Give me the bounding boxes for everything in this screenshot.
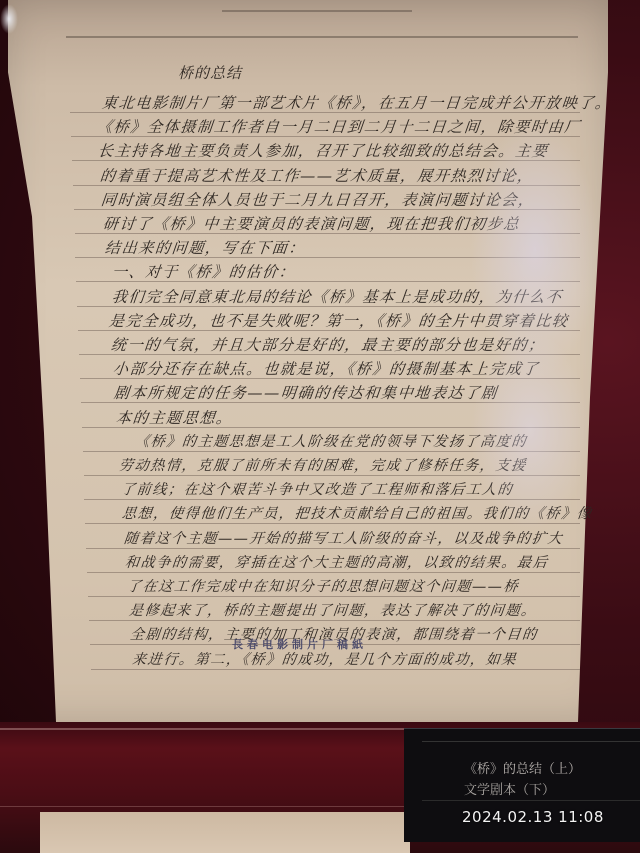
handwritten-line: 的着重于提高艺术性及工作——艺术质量，展开热烈讨论， [99, 165, 535, 186]
handwritten-line: 随着这个主题——开始的描写工人阶级的奋斗，以及战争的扩大 [123, 528, 564, 548]
ruled-line [89, 620, 580, 621]
handwritten-line: 一、对于《桥》的估价： [111, 261, 297, 282]
handwritten-line: 本的主题思想。 [115, 407, 234, 428]
photo-timestamp: 2024.02.13 11:08 [462, 808, 604, 826]
shelf-edge [0, 806, 410, 807]
light-reflection [0, 4, 18, 34]
handwritten-line: 東北电影制片厂第一部艺术片《桥》，在五月一日完成并公开放映了。 [101, 92, 613, 113]
printed-stationery-footer: 長春电影制片厂稿紙 [232, 636, 367, 652]
handwritten-line: 了前线；在这个艰苦斗争中又改造了工程师和落后工人的 [120, 479, 514, 499]
handwritten-line: 小部分还存在缺点。也就是说，《桥》的摄制基本上完成了 [111, 358, 539, 379]
ruled-line [84, 475, 581, 476]
exhibit-label-line2: 文学剧本（下） [464, 779, 555, 798]
ruled-line [84, 499, 580, 500]
handwritten-line: 结出来的问题，写在下面： [103, 237, 305, 258]
handwritten-line: 了在这工作完成中在知识分子的思想问题这个问题——桥 [126, 576, 520, 596]
handwritten-line: 是修起来了，桥的主题提出了问题，表达了解决了的问题。 [128, 600, 538, 620]
header-rule [66, 36, 578, 38]
handwritten-line: 是完全成功，也不是失败呢？第一，《桥》的全片中贯穿着比较 [108, 310, 570, 331]
manuscript-title: 桥的总结 [178, 62, 242, 83]
ruled-line [85, 523, 580, 524]
handwritten-line: 长主持各地主要负责人参加，召开了比较细致的总结会。主要 [97, 140, 550, 161]
handwritten-line: 研讨了《桥》中主要演员的表演问题，现在把我们初步总 [102, 213, 521, 234]
lower-document [40, 812, 410, 853]
handwritten-line: 我们完全同意東北局的结论《桥》基本上是成功的，为什么不 [111, 286, 564, 307]
handwritten-line: 统一的气氛，并且大部分是好的，最主要的部分也是好的； [110, 334, 546, 355]
ruled-line [88, 596, 580, 597]
handwritten-line: 思想，使得他们生产员，把技术贡献给自己的祖国。我们的《桥》像 [121, 503, 594, 523]
shelf-edge [0, 728, 410, 730]
handwritten-line: 劳动热情，克服了前所未有的困难，完成了修桥任务，支援 [118, 455, 528, 475]
exhibit-label-line1: 《桥》的总结（上） [464, 758, 581, 777]
handwritten-line: 《桥》全体摄制工作者自一月二日到二月十二日之间，除要时由厂 [95, 116, 581, 137]
handwritten-line: 同时演员组全体人员也于二月九日召开，表演问题讨论会， [100, 189, 536, 210]
handwritten-line: 《桥》的主题思想是工人阶级在党的领导下发扬了高度的 [134, 431, 528, 451]
handwritten-line: 和战争的需要，穿插在这个大主题的高潮，以致的结果。最后 [124, 552, 550, 572]
faint-top-rule [222, 10, 412, 12]
handwritten-line: 剧本所规定的任务——明确的传达和集中地表达了剧 [113, 382, 499, 403]
